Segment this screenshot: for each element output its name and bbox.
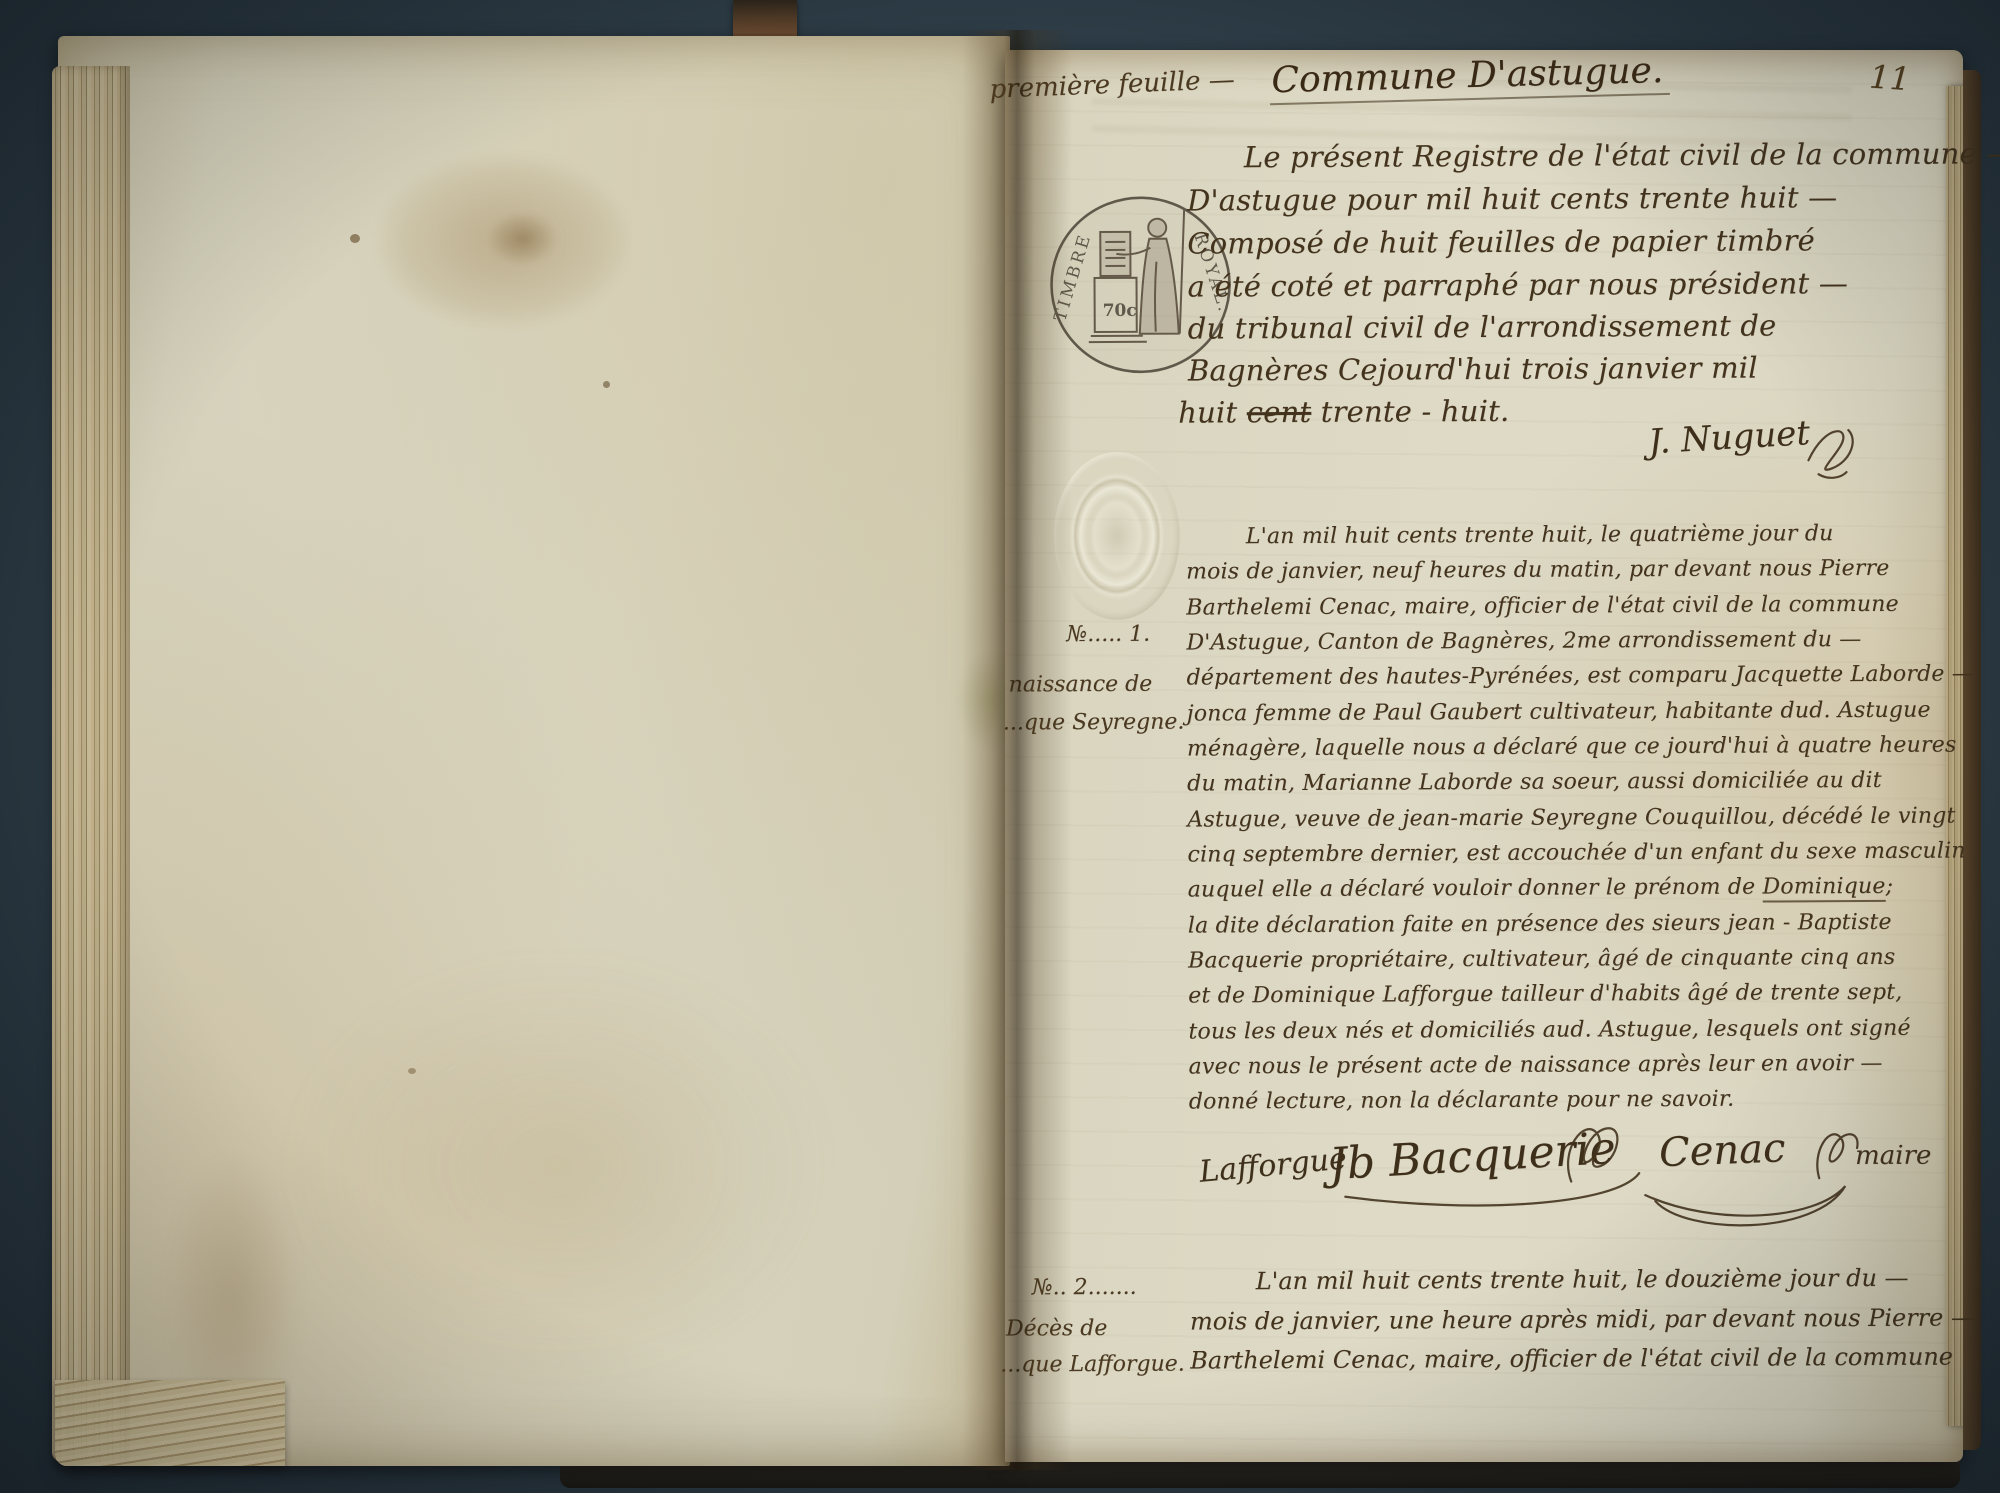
manuscript-line: Bacquerie propriétaire, cultivateur, âgé… [1188, 947, 1895, 973]
page-number: 11 [1868, 61, 1911, 96]
folio-note: première feuille — [989, 67, 1235, 103]
page-edge-stack-left [52, 66, 130, 1462]
blind-embossed-seal [1053, 452, 1180, 621]
archive-photo-background: première feuille — Commune D'astugue. 11… [0, 0, 2000, 1493]
page-title: Commune D'astugue. [1269, 53, 1670, 105]
mayor-title: maire [1855, 1143, 1931, 1169]
stain [378, 156, 628, 326]
manuscript-line: D'Astugue, Canton de Bagnères, 2me arron… [1186, 629, 1861, 655]
manuscript-line: Composé de huit feuilles de papier timbr… [1187, 226, 1815, 258]
manuscript-line: du matin, Marianne Laborde sa soeur, aus… [1187, 770, 1882, 796]
line-fragment: huit [1178, 395, 1247, 429]
margin-act-type: naissance de [1009, 674, 1153, 697]
manuscript-line: L'an mil huit cents trente huit, le quat… [1246, 523, 1834, 548]
underlined-name: Dominique [1762, 874, 1885, 903]
blind-seal-core [1084, 489, 1150, 583]
struck-word: cent [1247, 395, 1312, 429]
manuscript-line: Le présent Registre de l'état civil de l… [1244, 139, 2000, 172]
page-corner-stack [55, 1380, 285, 1466]
manuscript-line: L'an mil huit cents trente huit, le douz… [1256, 1266, 1909, 1293]
stamp-value: 70c [1103, 301, 1137, 321]
act1-margin-note: №..... 1. naissance de ...que Seyregne. [1001, 48, 1959, 53]
stain [488, 211, 558, 266]
manuscript-content: première feuille — Commune D'astugue. 11… [1001, 48, 1966, 1465]
act1-signatures: Lafforgue Jb Bacquerie Cenac maire [1001, 48, 1959, 53]
manuscript-line: huit cent trente - huit. [1178, 397, 1509, 428]
manuscript-line: mois de janvier, une heure après midi, p… [1190, 1305, 1975, 1333]
manuscript-line: donné lecture, non la déclarante pour ne… [1189, 1089, 1735, 1114]
manuscript-line: tous les deux nés et domiciliés aud. Ast… [1188, 1018, 1910, 1044]
manuscript-line: auquel elle a déclaré vouloir donner le … [1188, 876, 1894, 902]
line-fragment: ; [1885, 874, 1893, 899]
signature-flourish [1555, 1111, 1645, 1201]
margin-act-type: Décès de [1006, 1318, 1108, 1341]
manuscript-line: mois de janvier, neuf heures du matin, p… [1186, 558, 1890, 584]
manuscript-line: Bagnères Cejourd'hui trois janvier mil [1188, 354, 1758, 386]
manuscript-line: cinq septembre dernier, est accouchée d'… [1187, 840, 1965, 866]
manuscript-line: jonca femme de Paul Gaubert cultivateur,… [1187, 700, 1931, 726]
left-page [58, 36, 1010, 1466]
manuscript-line: département des hautes-Pyrénées, est com… [1187, 663, 1974, 689]
signature-flourish [1798, 416, 1868, 478]
manuscript-line: ménagère, laquelle nous a déclaré que ce… [1187, 735, 1957, 761]
stain [288, 956, 828, 1376]
margin-act-name: ...que Seyregne. [1003, 712, 1185, 735]
signature-mayor: Cenac [1658, 1128, 1786, 1173]
manuscript-line: avec nous le présent acte de naissance a… [1189, 1053, 1883, 1079]
act2-margin-note: №.. 2....... Décès de ...que Lafforgue. [1001, 48, 1959, 53]
opening-paragraph: Le présent Registre de l'état civil de l… [1001, 48, 1959, 53]
manuscript-line: et de Dominique Lafforgue tailleur d'hab… [1188, 982, 1902, 1008]
registrar-signature: J. Nuguet [1647, 416, 1810, 459]
manuscript-line: D'astugue pour mil huit cents trente hui… [1187, 183, 1837, 215]
ink-speck [603, 381, 610, 388]
margin-act-number: №..... 1. [1066, 624, 1150, 646]
line-fragment: trente - huit. [1311, 394, 1509, 429]
margin-act-number: №.. 2....... [1032, 1277, 1137, 1300]
manuscript-line: la dite déclaration faite en présence de… [1188, 912, 1892, 938]
act1-paragraph: L'an mil huit cents trente huit, le quat… [1001, 48, 1959, 53]
manuscript-line: du tribunal civil de l'arrondissement de [1188, 311, 1777, 343]
manuscript-line: Astugue, veuve de jean-marie Seyregne Co… [1187, 806, 1955, 832]
book-cover-edge [1963, 70, 1981, 1450]
act2-paragraph: L'an mil huit cents trente huit, le douz… [1001, 48, 1959, 53]
ink-speck [408, 1068, 416, 1074]
manuscript-line: Barthelemi Cenac, maire, officier de l'é… [1190, 1345, 1953, 1373]
right-page: première feuille — Commune D'astugue. 11… [1005, 50, 1963, 1462]
manuscript-line: a été coté et parraphé par nous présiden… [1187, 269, 1848, 301]
manuscript-line: Barthelemi Cenac, maire, officier de l'é… [1186, 594, 1899, 620]
signature-witness1: Lafforgue [1198, 1144, 1348, 1188]
ink-speck [350, 234, 360, 243]
stamp-figure-head [1148, 219, 1166, 237]
line-fragment: auquel elle a déclaré vouloir donner le … [1188, 875, 1763, 903]
margin-act-name: ...que Lafforgue. [1000, 1354, 1185, 1377]
